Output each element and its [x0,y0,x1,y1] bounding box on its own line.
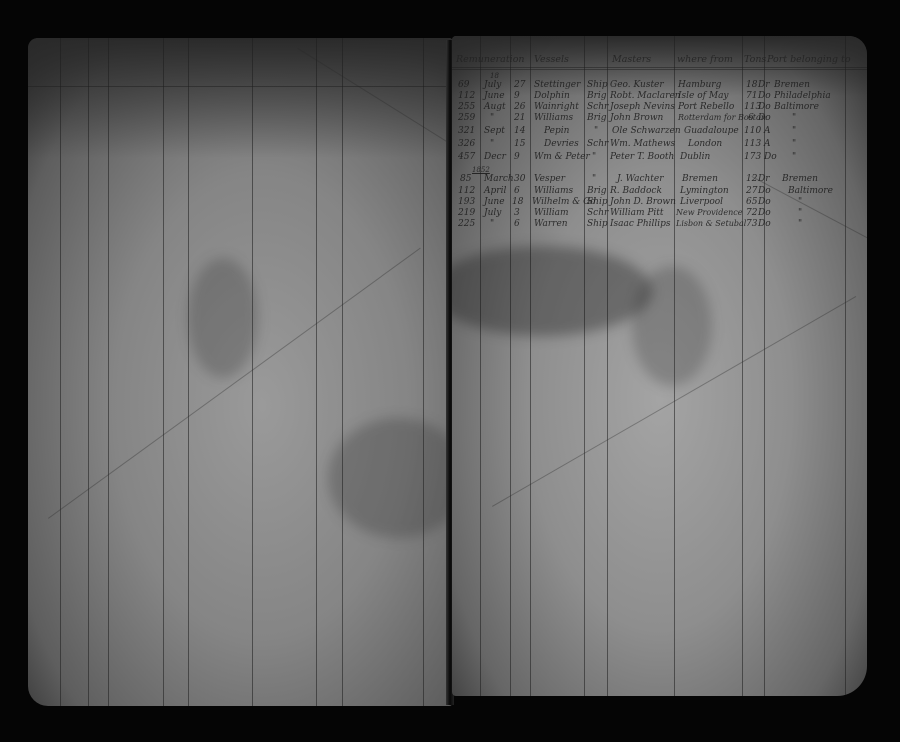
column-rule [423,38,424,706]
cell-vessel: Stettinger [534,80,580,90]
cell-tons: 113 [744,139,761,149]
ledger-row: 326 " 15 Devries Schr Wm. Mathews London… [452,139,867,151]
header-masters: Masters [612,54,651,65]
cell-master: Peter T. Booth [610,152,674,162]
cell-port: " [792,113,796,123]
column-rule [316,38,317,706]
shadow-stain [452,246,652,336]
cell-flag: Do [758,219,771,229]
cell-month: June [484,197,505,207]
right-page: Remuneration Vessels Masters where from … [452,36,867,696]
cell-no: 219 [458,208,475,218]
cell-from: Liverpool [680,197,723,207]
cell-flag: Do [764,152,777,162]
cell-rig: Schr [587,102,608,112]
cell-month: " [490,113,494,123]
cell-tons: 6 [748,113,754,123]
cell-master: R. Baddock [610,186,662,196]
cell-day: 9 [514,91,520,101]
cell-flag: A [764,126,771,136]
cell-from: New Providence [676,208,742,217]
cell-master: John Brown [610,113,663,123]
cell-port: Baltimore [774,102,819,112]
shadow-stain [328,418,453,538]
cell-month: April [484,186,506,196]
column-rule [163,38,164,706]
cell-from: Bremen [682,174,718,184]
cell-no: 326 [458,139,475,149]
top-shadow [28,38,453,158]
column-rule [108,38,109,706]
cell-rig: Ship [587,80,608,90]
cell-from: Lymington [680,186,729,196]
cell-no: 85 [460,174,471,184]
cell-no: 69 [458,80,469,90]
ledger-row: 457 Decr 9 Wm & Peter " Peter T. Booth D… [452,152,867,164]
cell-rig: Schr [587,208,608,218]
cell-master: Ole Schwarzen [612,126,681,136]
column-rule [188,38,189,706]
cell-port: " [792,139,796,149]
cell-no: 259 [458,113,475,123]
cell-no: 112 [458,91,475,101]
cell-from: Isle of May [678,91,729,101]
cell-flag: Do [758,186,771,196]
cell-port: " [792,152,796,162]
header-port: Port belonging to [767,54,851,65]
cell-flag: Do [758,113,771,123]
left-page [28,38,453,706]
cell-from: Lisbon & Setubal [676,219,746,228]
cell-master: Geo. Kuster [610,80,664,90]
cell-day: 6 [514,186,520,196]
ledger-row: 225 " 6 Warren Ship Isaac Phillips Lisbo… [452,219,867,231]
header-rule [452,69,867,70]
ledger-row: 85 March 30 Vesper " J. Wachter Bremen 1… [452,174,867,186]
cell-rig: Ship [587,219,608,229]
cell-vessel: William [534,208,569,218]
cell-month: March [484,174,514,184]
cell-month: July [484,80,501,90]
cell-master: Wm. Mathews [610,139,675,149]
cell-day: 26 [514,102,525,112]
cell-vessel: Devries [544,139,579,149]
cell-tons: 73 [746,219,757,229]
cell-day: 6 [514,219,520,229]
cell-master: John D. Brown [610,197,676,207]
water-stain [188,258,258,378]
cell-vessel: Vesper [534,174,565,184]
cell-month: Augt [484,102,506,112]
cell-vessel: Wm & Peter [534,152,590,162]
cell-no: 457 [458,152,475,162]
cell-day: 27 [514,80,525,90]
cell-tons: 65 [746,197,757,207]
cell-day: 14 [514,126,525,136]
cell-port: " [792,126,796,136]
cell-master: Joseph Nevins [610,102,675,112]
cell-day: 15 [514,139,525,149]
cell-flag: Dr [758,80,770,90]
cell-tons: 110 [744,126,761,136]
cell-from: Dublin [680,152,710,162]
cell-tons: 27 [746,186,757,196]
cell-tons: 173 [744,152,761,162]
column-rule [342,38,343,706]
cell-day: 21 [514,113,525,123]
cell-rig: Brig [587,113,607,123]
header-where-from: where from [677,54,733,65]
cell-from: Guadaloupe [684,126,739,136]
scanned-ledger: Remuneration Vessels Masters where from … [0,0,900,742]
cell-vessel: Wainright [534,102,579,112]
cell-rig: " [592,152,596,162]
cell-no: 193 [458,197,475,207]
cell-month: June [484,91,505,101]
cell-no: 225 [458,219,475,229]
cell-master: Isaac Phillips [610,219,671,229]
header-tons: Tons [744,54,766,65]
cell-port: Bremen [774,80,810,90]
header-vessels: Vessels [534,54,569,65]
ledger-row: 321 Sept 14 Pepin " Ole Schwarzen Guadal… [452,126,867,138]
year-mark: 18 [490,72,499,80]
cell-no: 321 [458,126,475,136]
cell-flag: Do [758,197,771,207]
cell-port: " [798,208,802,218]
cell-day: 9 [514,152,520,162]
header-remuneration: Remuneration [456,54,525,65]
cell-rig: Schr [587,139,608,149]
cell-day: 30 [514,174,525,184]
cell-month: Sept [484,126,505,136]
cell-flag: Do [758,208,771,218]
cell-from: Hamburg [678,80,721,90]
year-mark: 1852 [472,166,490,174]
cell-port: Philadelphia [774,91,831,101]
cell-master: Robt. Maclaren [610,91,681,101]
cell-no: 112 [458,186,475,196]
cell-rig: Ship [587,197,608,207]
cell-rig: " [594,126,598,136]
cell-rig: Brig [587,186,607,196]
cell-day: 3 [514,208,520,218]
cell-port: Bremen [782,174,818,184]
cell-vessel: Dolphin [534,91,570,101]
cell-vessel: Warren [534,219,568,229]
cell-month: " [490,219,494,229]
cell-port: " [798,219,802,229]
ledger-row: 259 " 21 Williams Brig John Brown Rotter… [452,113,867,125]
cell-vessel: Pepin [544,126,569,136]
cell-tons: 71 [746,91,757,101]
header-rule [452,67,867,68]
cell-master: William Pitt [610,208,664,218]
column-rule [88,38,89,706]
cell-from: Port Rebello [678,102,734,112]
header-rule [28,86,453,87]
cell-no: 255 [458,102,475,112]
column-rule [252,38,253,706]
cell-rig: Brig [587,91,607,101]
cell-month: July [484,208,501,218]
cell-vessel: Williams [534,113,573,123]
cell-flag: Do [758,91,771,101]
cell-month: Decr [484,152,506,162]
cell-vessel: Williams [534,186,573,196]
cell-master: J. Wachter [617,174,664,184]
cell-rig: " [592,174,596,184]
cell-day: 18 [512,197,523,207]
cell-port: Baltimore [788,186,833,196]
column-rule [60,38,61,706]
cell-from: London [688,139,722,149]
cell-flag: Do [758,102,771,112]
cell-month: " [490,139,494,149]
cell-flag: A [764,139,771,149]
cell-tons: 72 [746,208,757,218]
cell-tons: 18 [746,80,757,90]
